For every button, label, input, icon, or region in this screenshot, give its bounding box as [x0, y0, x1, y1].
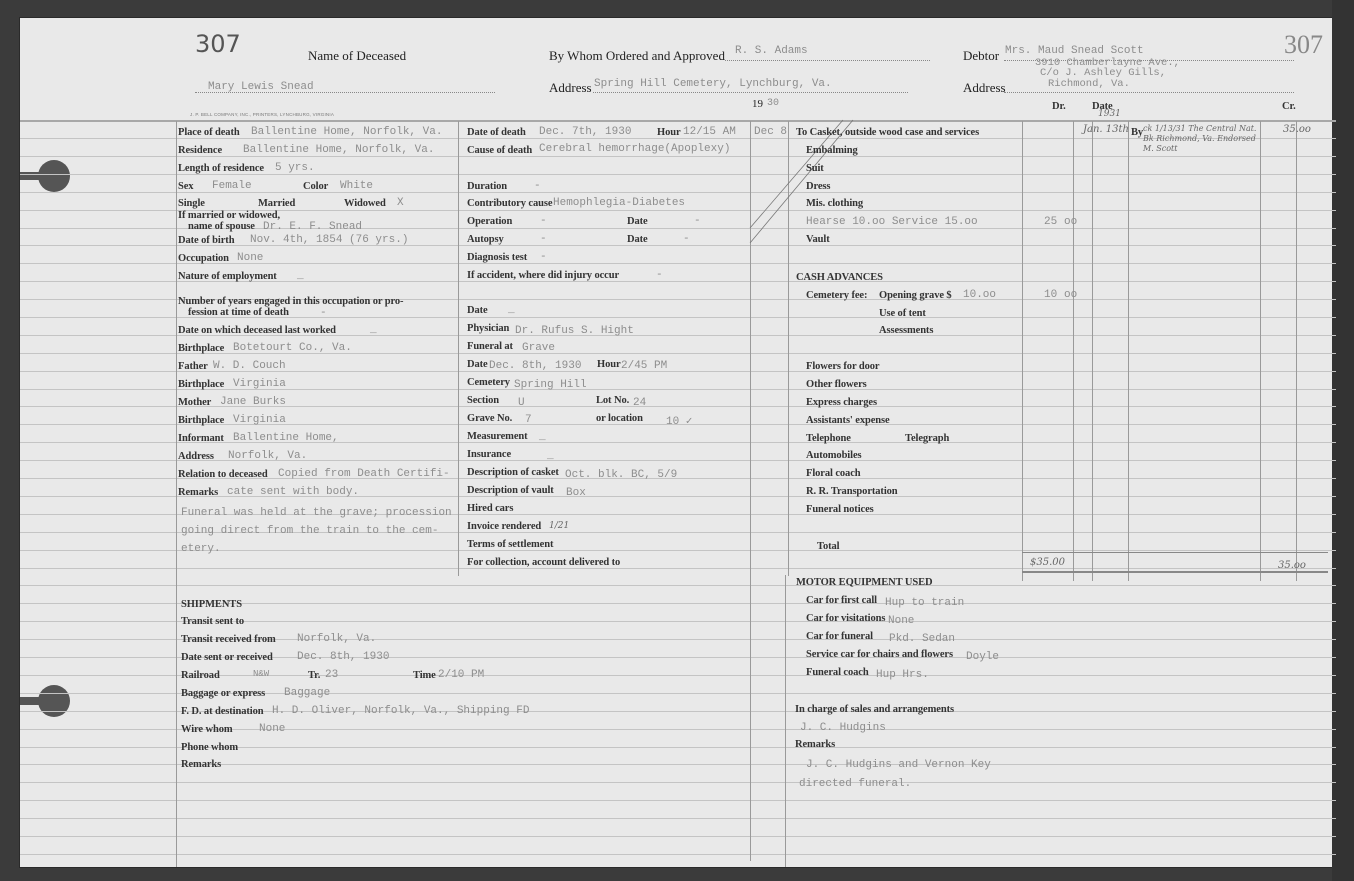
address: Spring Hill Cemetery, Lynchburg, Va. — [594, 78, 832, 90]
debtor-label: Debtor — [963, 48, 999, 64]
header-rule — [20, 120, 1336, 122]
date-of-death: Dec. 7th, 1930 — [539, 126, 631, 138]
personal-value: Copied from Death Certifi- — [278, 468, 450, 480]
personal-label: Birthplace — [178, 415, 224, 426]
cash-advances-title: CASH ADVANCES — [796, 272, 883, 283]
cemetery: Spring Hill — [514, 379, 587, 391]
casket: Oct. blk. BC, 5/9 — [565, 469, 677, 481]
personal-label: Date on which deceased last worked — [178, 325, 336, 336]
time: 2/10 PM — [438, 669, 484, 681]
ruled-line — [20, 818, 1336, 819]
dotted-line — [1004, 92, 1294, 93]
personal-value: Virginia — [233, 414, 286, 426]
personal-label: If married or widowed, — [178, 210, 280, 221]
funeral-hour: 2/45 PM — [621, 360, 667, 372]
ruled-line — [20, 800, 1336, 801]
personal-value: Botetourt Co., Va. — [233, 342, 352, 354]
personal-label: Birthplace — [178, 379, 224, 390]
ledger-item: Funeral notices — [806, 504, 874, 515]
accident-label: If accident, where did injury occur — [467, 270, 619, 281]
operation-label: Operation — [467, 216, 512, 227]
grave-label: Grave No. — [467, 413, 512, 424]
personal-value: Norfolk, Va. — [228, 450, 307, 462]
contributory-cause-label: Contributory cause — [467, 198, 552, 209]
transit-sent-label: Transit sent to — [181, 616, 244, 627]
motor-item-value: None — [888, 615, 914, 627]
physician: Dr. Rufus S. Hight — [515, 325, 634, 337]
ledger-item: Telephone — [806, 433, 851, 444]
ledger-item: Flowers for door — [806, 361, 879, 372]
column-rule — [1073, 121, 1074, 581]
operation: - — [540, 215, 547, 227]
autopsy: - — [540, 233, 547, 245]
motor-item-label: Car for visitations — [806, 613, 885, 624]
measurement-label: Measurement — [467, 431, 528, 442]
time-label: Time — [413, 670, 436, 681]
ledger-item: Dress — [806, 181, 830, 192]
contributory-cause: Hemophlegia-Diabetes — [553, 197, 685, 209]
total-label: Total — [817, 541, 839, 552]
year-prefix: 19 — [752, 98, 763, 110]
funeral-hour-label: Hour — [597, 359, 621, 370]
personal-label: Residence — [178, 145, 222, 156]
personal-value: Ballentine Home, Norfolk, Va. — [243, 144, 434, 156]
punch-hole — [38, 160, 70, 192]
debtor-address-label: Address — [963, 80, 1006, 96]
column-rule — [458, 121, 459, 576]
ledger-item: To Casket, outside wood case and service… — [796, 127, 979, 138]
personal-value: cate sent with body. — [227, 486, 359, 498]
column-rule — [1260, 121, 1261, 581]
ledger-item: Mis. clothing — [806, 198, 863, 209]
cemetery-fee-label: Cemetery fee: — [806, 290, 867, 301]
personal-label-continued: name of spouse — [188, 221, 255, 232]
ruled-line — [20, 568, 1336, 569]
ruled-line — [20, 460, 1336, 461]
ledger-item: R. R. Transportation — [806, 486, 898, 497]
remarks-continued-3: etery. — [181, 543, 221, 555]
year-suffix: 30 — [767, 98, 779, 109]
section-label: Section — [467, 395, 499, 406]
personal-label: Color — [303, 181, 328, 192]
vault-label: Description of vault — [467, 485, 554, 496]
opening-grave-value: 10.oo — [963, 289, 996, 301]
personal-label: Relation to deceased — [178, 469, 268, 480]
personal-label: Widowed — [344, 198, 386, 209]
personal-label: Birthplace — [178, 343, 224, 354]
cemetery-label: Cemetery — [467, 377, 510, 388]
in-charge-label: In charge of sales and arrangements — [795, 704, 954, 715]
diagnosis-label: Diagnosis test — [467, 252, 527, 263]
stamped-card-number: 307 — [1284, 30, 1323, 60]
debtor: Mrs. Maud Snead Scott — [1005, 45, 1144, 57]
motor-remarks-line-2: directed funeral. — [799, 778, 911, 790]
motor-item-label: Service car for chairs and flowers — [806, 649, 953, 660]
personal-label-continued: fession at time of death — [188, 307, 289, 318]
total-rule — [1022, 552, 1328, 553]
autopsy-date-label: Date — [627, 234, 648, 245]
grave: 7 — [525, 414, 532, 426]
personal-value: White — [340, 180, 373, 192]
wire-whom-label: Wire whom — [181, 724, 233, 735]
ledger-dollars: 25 — [1044, 216, 1057, 228]
personal-value: Dr. E. F. Snead — [263, 221, 362, 233]
ruled-line — [20, 836, 1336, 837]
handwritten-card-number: 307 — [195, 30, 241, 58]
motor-item-value: Hup Hrs. — [876, 669, 929, 681]
fd-destination: H. D. Oliver, Norfolk, Va., Shipping FD — [272, 705, 529, 717]
railroad-label: Railroad — [181, 670, 220, 681]
opening-grave-label: Opening grave $ — [879, 290, 952, 301]
personal-value: None — [237, 252, 263, 264]
opening-grave-dollars: 10 — [1044, 289, 1057, 301]
personal-label: Length of residence — [178, 163, 264, 174]
column-rule — [1022, 121, 1023, 581]
telegraph-label: Telegraph — [905, 433, 949, 444]
date-label: Date — [467, 305, 488, 316]
column-rule — [176, 121, 177, 867]
ledger-item: Automobiles — [806, 450, 862, 461]
hired-cars-label: Hired cars — [467, 503, 513, 514]
transit-received-label: Transit received from — [181, 634, 276, 645]
transit-received: Norfolk, Va. — [297, 633, 376, 645]
cause-of-death: Cerebral hemorrhage(Apoplexy) — [539, 143, 730, 155]
personal-label: Informant — [178, 433, 224, 444]
casket-label: Description of casket — [467, 467, 559, 478]
personal-label: Remarks — [178, 487, 218, 498]
ledger-item: Assistants' expense — [806, 415, 890, 426]
date-sent: Dec. 8th, 1930 — [297, 651, 389, 663]
credit-note: ck 1/13/31 The Central Nat. Bk Richmond,… — [1143, 124, 1263, 154]
ruled-line — [20, 174, 1336, 175]
motor-item-value: Pkd. Sedan — [889, 633, 955, 645]
name-of-deceased-label: Name of Deceased — [308, 48, 406, 64]
personal-value: Female — [212, 180, 252, 192]
credit-amount: 35.oo — [1283, 124, 1311, 135]
train-label: Tr. — [308, 670, 320, 681]
remarks-continued-2: going direct from the train to the cem- — [181, 525, 438, 537]
credit-total: 35.oo — [1278, 560, 1306, 571]
column-rule — [785, 575, 786, 867]
personal-label: Sex — [178, 181, 193, 192]
total-handwritten: $35.00 — [1030, 557, 1065, 568]
ruled-line — [20, 406, 1336, 407]
location: 10 ✓ — [666, 414, 692, 428]
date: _ — [508, 304, 515, 316]
personal-label: Place of death — [178, 127, 240, 138]
hour: 12/15 AM — [683, 126, 736, 138]
ledger-item: Suit — [806, 163, 824, 174]
ledger-item: Hearse 10.oo Service 15.oo — [806, 216, 978, 228]
personal-label: Number of years engaged in this occupati… — [178, 296, 403, 307]
invoice: 1/21 — [549, 521, 569, 531]
date-year-handwritten: 1931 — [1098, 109, 1121, 119]
opening-grave-cents: oo — [1064, 289, 1077, 301]
personal-label: Married — [258, 198, 295, 209]
motor-item-label: Funeral coach — [806, 667, 869, 678]
column-rule — [1128, 121, 1129, 581]
punch-hole — [38, 685, 70, 717]
credit-by-label: By — [1131, 127, 1143, 138]
shipments-title: SHIPMENTS — [181, 599, 242, 610]
ledger-cents: oo — [1064, 216, 1077, 228]
address-label: Address — [549, 80, 592, 96]
personal-value: Jane Burks — [220, 396, 286, 408]
name-of-deceased: Mary Lewis Snead — [208, 81, 314, 93]
funeral-at: Grave — [522, 342, 555, 354]
personal-value: - — [320, 307, 327, 319]
funeral-date-label: Date — [467, 359, 488, 370]
motor-remarks-label: Remarks — [795, 739, 835, 750]
wire-whom: None — [259, 723, 285, 735]
motor-remarks-line-1: J. C. Hudgins and Vernon Key — [806, 759, 991, 771]
personal-label: Occupation — [178, 253, 229, 264]
train: 23 — [325, 669, 338, 681]
remarks-continued-1: Funeral was held at the grave; processio… — [181, 507, 452, 519]
railroad: N&W — [253, 669, 269, 679]
dotted-line — [725, 60, 930, 61]
personal-label: Address — [178, 451, 214, 462]
operation-date-label: Date — [627, 216, 648, 227]
duration-label: Duration — [467, 181, 507, 192]
lot-label: Lot No. — [596, 395, 629, 406]
fd-destination-label: F. D. at destination — [181, 706, 264, 717]
section: U — [518, 397, 525, 409]
invoice-label: Invoice rendered — [467, 521, 541, 532]
ledger-item: Vault — [806, 234, 830, 245]
insurance: _ — [547, 450, 554, 462]
scan-border — [1332, 0, 1354, 881]
personal-value: W. D. Couch — [213, 360, 286, 372]
motor-item-label: Car for first call — [806, 595, 877, 606]
ruled-line — [20, 156, 1336, 157]
in-charge: J. C. Hudgins — [800, 722, 886, 734]
accident: - — [656, 269, 663, 281]
personal-label: Nature of employment — [178, 271, 277, 282]
personal-label: Single — [178, 198, 205, 209]
ledger-item: Express charges — [806, 397, 877, 408]
motor-item-label: Car for funeral — [806, 631, 873, 642]
total-rule — [1022, 571, 1328, 573]
ruled-line — [20, 585, 1336, 586]
ruled-line — [20, 138, 1336, 139]
personal-value: Nov. 4th, 1854 (76 yrs.) — [250, 234, 408, 246]
personal-label: Date of birth — [178, 235, 234, 246]
personal-value: Ballentine Home, Norfolk, Va. — [251, 126, 442, 138]
ledger-item: Other flowers — [806, 379, 867, 390]
shipments-remarks-label: Remarks — [181, 759, 221, 770]
personal-value: _ — [370, 324, 377, 336]
cause-of-death-label: Cause of death — [467, 145, 532, 156]
motor-item-value: Hup to train — [885, 597, 964, 609]
diagnosis: - — [540, 251, 547, 263]
phone-whom-label: Phone whom — [181, 742, 238, 753]
debtor-address-line-3: Richmond, Va. — [1048, 79, 1130, 90]
use-of-tent-label: Use of tent — [879, 308, 926, 319]
ruled-line — [20, 192, 1336, 193]
lot: 24 — [633, 397, 646, 409]
baggage-label: Baggage or express — [181, 688, 265, 699]
cr-column-header: Cr. — [1282, 101, 1296, 112]
location-label: or location — [596, 413, 643, 424]
autopsy-label: Autopsy — [467, 234, 504, 245]
terms-label: Terms of settlement — [467, 539, 553, 550]
ordered-by-label: By Whom Ordered and Approved — [549, 48, 725, 64]
credit-date: Jan. 13th — [1083, 124, 1129, 135]
baggage: Baggage — [284, 687, 330, 699]
personal-label: Father — [178, 361, 208, 372]
autopsy-date: - — [683, 233, 690, 245]
personal-value: 5 yrs. — [275, 162, 315, 174]
ledger-item: Floral coach — [806, 468, 861, 479]
operation-date: - — [694, 215, 701, 227]
personal-value: _ — [297, 270, 304, 282]
measurement: _ — [539, 431, 546, 443]
personal-value: Ballentine Home, — [233, 432, 339, 444]
motor-title: MOTOR EQUIPMENT USED — [796, 577, 932, 588]
funeral-at-label: Funeral at — [467, 341, 513, 352]
ledger-item: Embalming — [806, 145, 858, 156]
hour-label: Hour — [657, 127, 681, 138]
date-sent-label: Date sent or received — [181, 652, 273, 663]
duration: - — [534, 180, 541, 192]
personal-value: X — [397, 197, 404, 209]
ruled-line — [20, 782, 1336, 783]
column-rule — [1092, 121, 1093, 581]
funeral-date: Dec. 8th, 1930 — [489, 360, 581, 372]
personal-label: Mother — [178, 397, 211, 408]
personal-value: Virginia — [233, 378, 286, 390]
dotted-line — [593, 92, 908, 93]
date-of-death-label: Date of death — [467, 127, 526, 138]
insurance-label: Insurance — [467, 449, 511, 460]
ruled-line — [20, 854, 1336, 855]
ordered-by: R. S. Adams — [735, 45, 808, 57]
printer-credit: J. P. BELL COMPANY, INC., PRINTERS, LYNC… — [190, 112, 334, 117]
dr-column-header: Dr. — [1052, 101, 1066, 112]
physician-label: Physician — [467, 323, 509, 334]
collection-label: For collection, account delivered to — [467, 557, 620, 568]
vault: Box — [566, 487, 586, 499]
column-rule — [1296, 121, 1297, 581]
motor-item-value: Doyle — [966, 651, 999, 663]
assessments-label: Assessments — [879, 325, 933, 336]
